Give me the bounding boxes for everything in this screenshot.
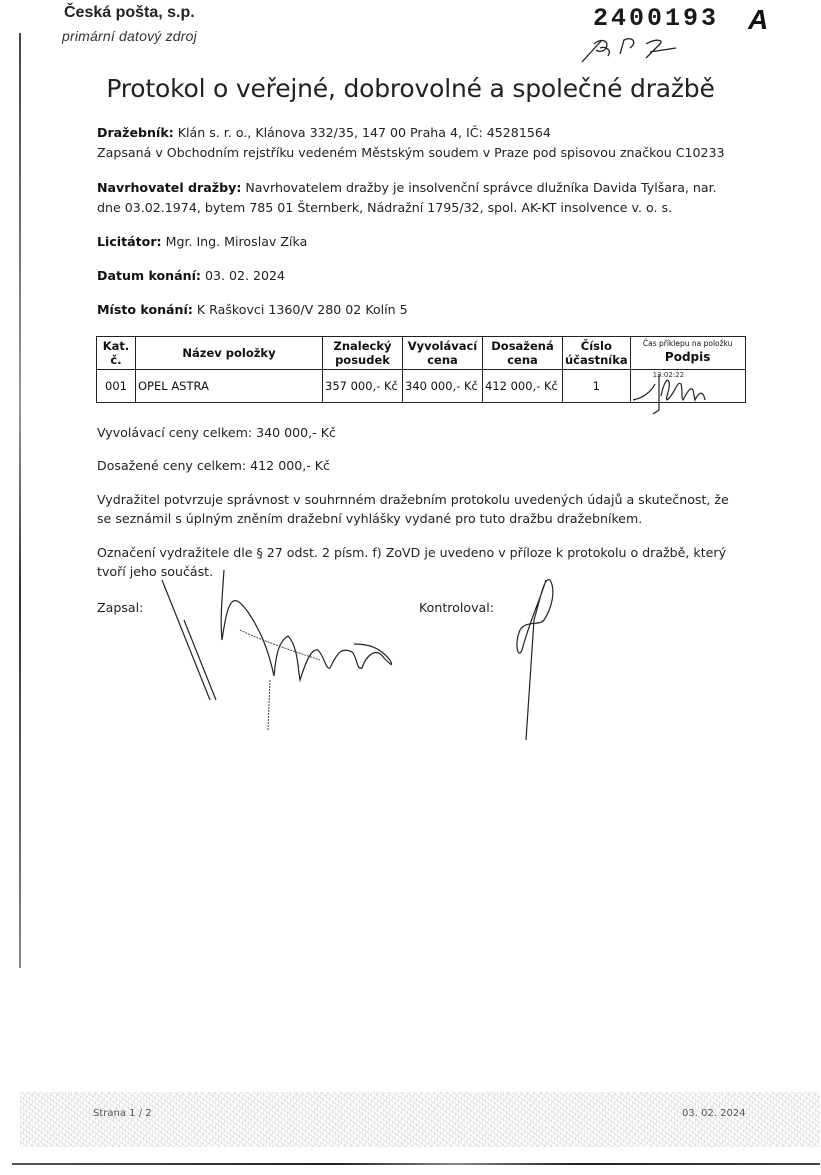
place-label: Místo konání: <box>97 302 193 317</box>
auctioneer-line: Dražebník: Klán s. r. o., Klánova 332/35… <box>97 123 551 143</box>
issuer-name: Česká pošta, s.p. <box>64 4 195 22</box>
issuer-subtitle: primární datový zdroj <box>62 28 197 44</box>
licitator-value: Mgr. Ing. Miroslav Zíka <box>166 234 308 249</box>
scan-edge-line <box>19 33 21 968</box>
bottom-scan-edge <box>12 1163 820 1165</box>
stamp-letter: A <box>748 4 768 36</box>
licitator-label: Licitátor: <box>97 234 162 249</box>
cell-participant-no: 1 <box>563 370 631 403</box>
header-cat-no: Kat. č. <box>97 337 136 370</box>
header-participant-no: Číslo účastníka <box>563 337 631 370</box>
checker-signature <box>500 560 580 750</box>
header-starting-price: Vyvolávací cena <box>403 337 483 370</box>
total-starting-prices: Vyvolávací ceny celkem: 340 000,- Kč <box>97 423 336 443</box>
proposer-line2: dne 03.02.1974, bytem 785 01 Šternberk, … <box>97 198 672 218</box>
signature-label: Podpis <box>633 350 743 364</box>
checked-by-label: Kontroloval: <box>419 600 494 615</box>
handwritten-mark <box>580 34 690 64</box>
total-achieved-prices: Dosažené ceny celkem: 412 000,- Kč <box>97 456 330 476</box>
cell-signature: 13:02:22 <box>630 370 745 403</box>
header-signature: Čas příklepu na položku Podpis <box>630 337 745 370</box>
date-value: 03. 02. 2024 <box>205 268 285 283</box>
auctioneer-registration: Zapsaná v Obchodním rejstříku vedeném Mě… <box>97 143 725 163</box>
table-row: 001 OPEL ASTRA 357 000,- Kč 340 000,- Kč… <box>97 370 746 403</box>
auctioneer-label: Dražebník: <box>97 125 174 140</box>
recorder-signature <box>150 560 420 730</box>
signature-note: Čas příklepu na položku <box>633 338 743 350</box>
header-item-name: Název položky <box>136 337 323 370</box>
document-title: Protokol o veřejné, dobrovolné a společn… <box>0 74 821 103</box>
footer-date: 03. 02. 2024 <box>682 1108 746 1119</box>
table-header-row: Kat. č. Název položky Znalecký posudek V… <box>97 337 746 370</box>
proposer-label: Navrhovatel dražby: <box>97 180 241 195</box>
place-line: Místo konání: K Raškovci 1360/V 280 02 K… <box>97 300 408 320</box>
cell-item-name: OPEL ASTRA <box>136 370 323 403</box>
licitator-line: Licitátor: Mgr. Ing. Miroslav Zíka <box>97 232 307 252</box>
auctioneer-value: Klán s. r. o., Klánova 332/35, 147 00 Pr… <box>178 125 551 140</box>
cell-achieved-price: 412 000,- Kč <box>483 370 563 403</box>
cell-expert-value: 357 000,- Kč <box>323 370 403 403</box>
footer-scan-noise <box>20 1092 820 1147</box>
page-number: Strana 1 / 2 <box>93 1108 152 1119</box>
auction-items-table: Kat. č. Název položky Znalecký posudek V… <box>96 336 746 403</box>
proposer-text1: Navrhovatelem dražby je insolvenční sprá… <box>245 180 716 195</box>
stamp-number: 2400193 <box>593 4 719 33</box>
proposer-line1: Navrhovatel dražby: Navrhovatelem dražby… <box>97 178 717 198</box>
cell-starting-price: 340 000,- Kč <box>403 370 483 403</box>
date-line: Datum konání: 03. 02. 2024 <box>97 266 285 286</box>
header-achieved-price: Dosažená cena <box>483 337 563 370</box>
statement-line2: se seznámil s úplným zněním dražební vyh… <box>97 509 642 529</box>
header-expert-value: Znalecký posudek <box>323 337 403 370</box>
place-value: K Raškovci 1360/V 280 02 Kolín 5 <box>197 302 408 317</box>
cell-cat-no: 001 <box>97 370 136 403</box>
participant-signature <box>631 370 743 414</box>
date-label: Datum konání: <box>97 268 201 283</box>
recorded-by-label: Zapsal: <box>97 600 143 615</box>
statement-line1: Vydražitel potvrzuje správnost v souhrnn… <box>97 490 729 510</box>
